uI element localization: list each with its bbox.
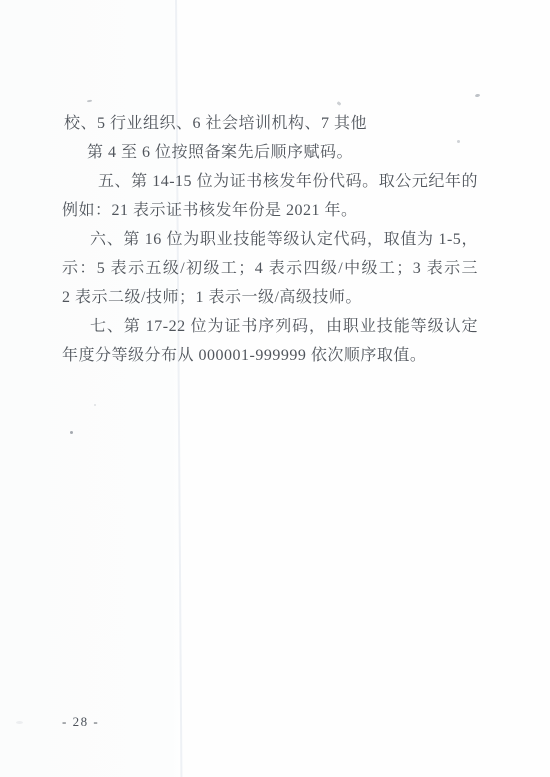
text-line: 2 表示二级/技师；1 表示一级/高级技师。 bbox=[62, 283, 478, 312]
page-number: - 28 - bbox=[62, 714, 99, 730]
scan-speck bbox=[475, 94, 481, 98]
document-page: 校、5 行业组织、6 社会培训机构、7 其他 第 4 至 6 位按照备案先后顺序… bbox=[0, 0, 550, 777]
text-line: 六、第 16 位为职业技能等级认定代码，取值为 1-5，依次表 bbox=[62, 225, 478, 254]
scan-speck bbox=[94, 404, 96, 406]
text-line: 示：5 表示五级/初级工；4 表示四级/中级工；3 表示三级/高级工； bbox=[62, 254, 478, 283]
scan-speck bbox=[337, 101, 342, 106]
body-text: 校、5 行业组织、6 社会培训机构、7 其他 第 4 至 6 位按照备案先后顺序… bbox=[62, 109, 478, 370]
text-line: 年度分等级分布从 000001-999999 依次顺序取值。 bbox=[62, 341, 478, 370]
scan-speck bbox=[70, 431, 73, 434]
text-line: 例如：21 表示证书核发年份是 2021 年。 bbox=[62, 196, 478, 225]
scan-speck bbox=[87, 100, 92, 103]
text-line: 五、第 14-15 位为证书核发年份代码。取公元纪年的后两位， bbox=[62, 167, 478, 196]
text-line: 第 4 至 6 位按照备案先后顺序赋码。 bbox=[62, 138, 478, 167]
text-line: 七、第 17-22 位为证书序列码，由职业技能等级认定机构按 bbox=[62, 312, 478, 341]
scan-speck bbox=[16, 721, 23, 724]
text-line: 校、5 行业组织、6 社会培训机构、7 其他 bbox=[62, 109, 478, 138]
